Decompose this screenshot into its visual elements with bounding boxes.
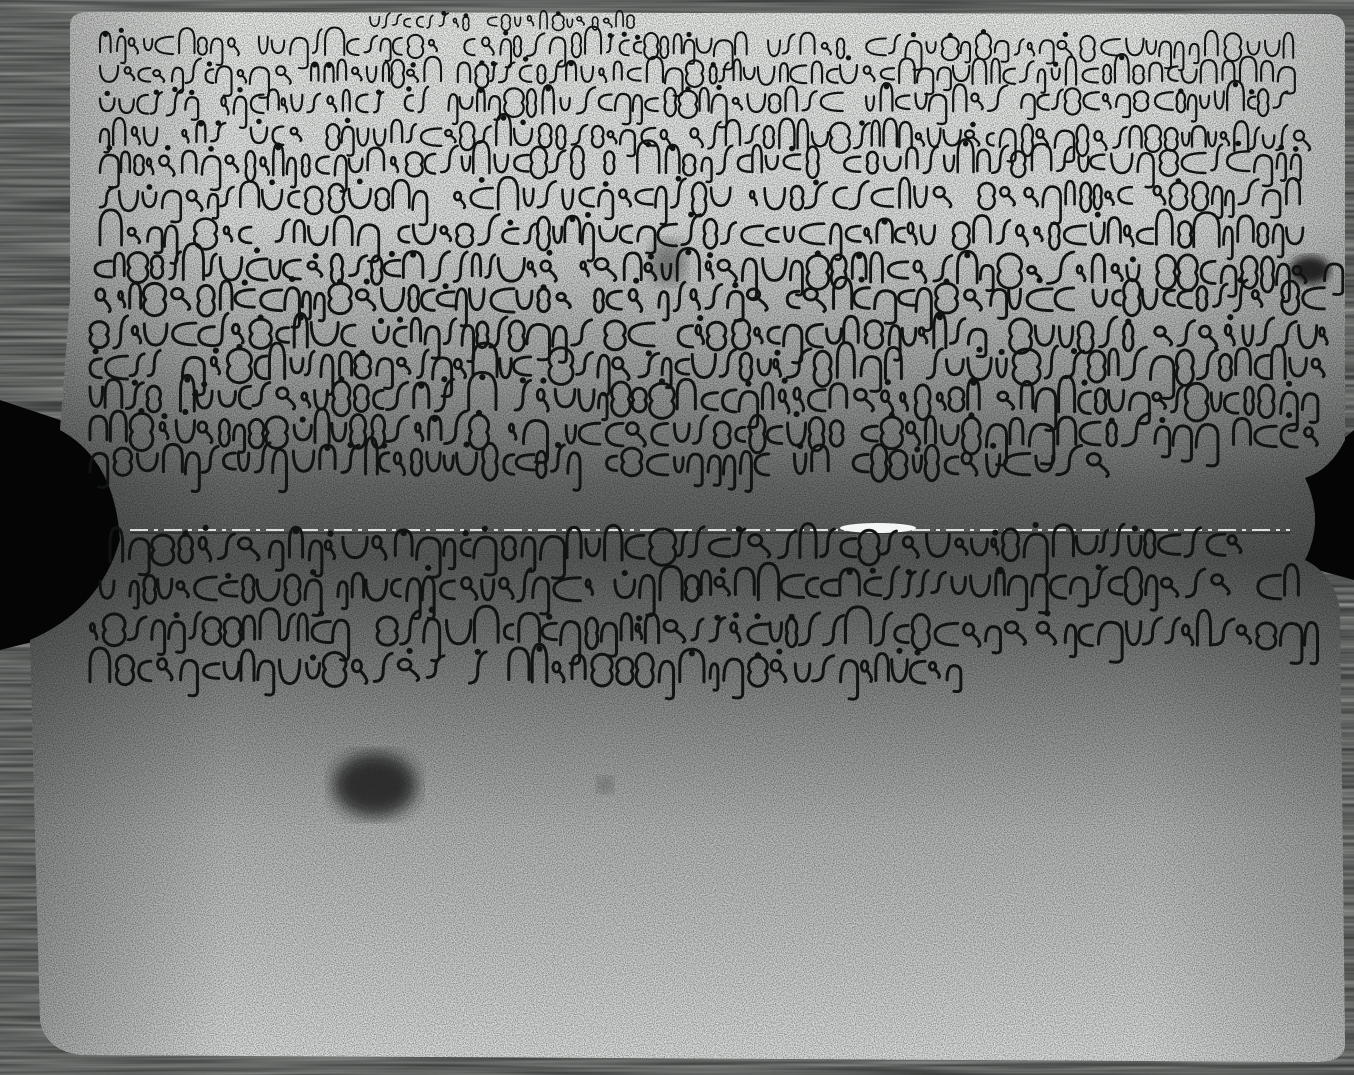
paper-sheet [30,12,1345,1062]
smudge-lower-center [597,777,613,793]
manuscript-svg [0,0,1354,1075]
dark-blot-lower-left [333,753,417,817]
manuscript-photo: Burmese (handwritten) [0,0,1354,1075]
